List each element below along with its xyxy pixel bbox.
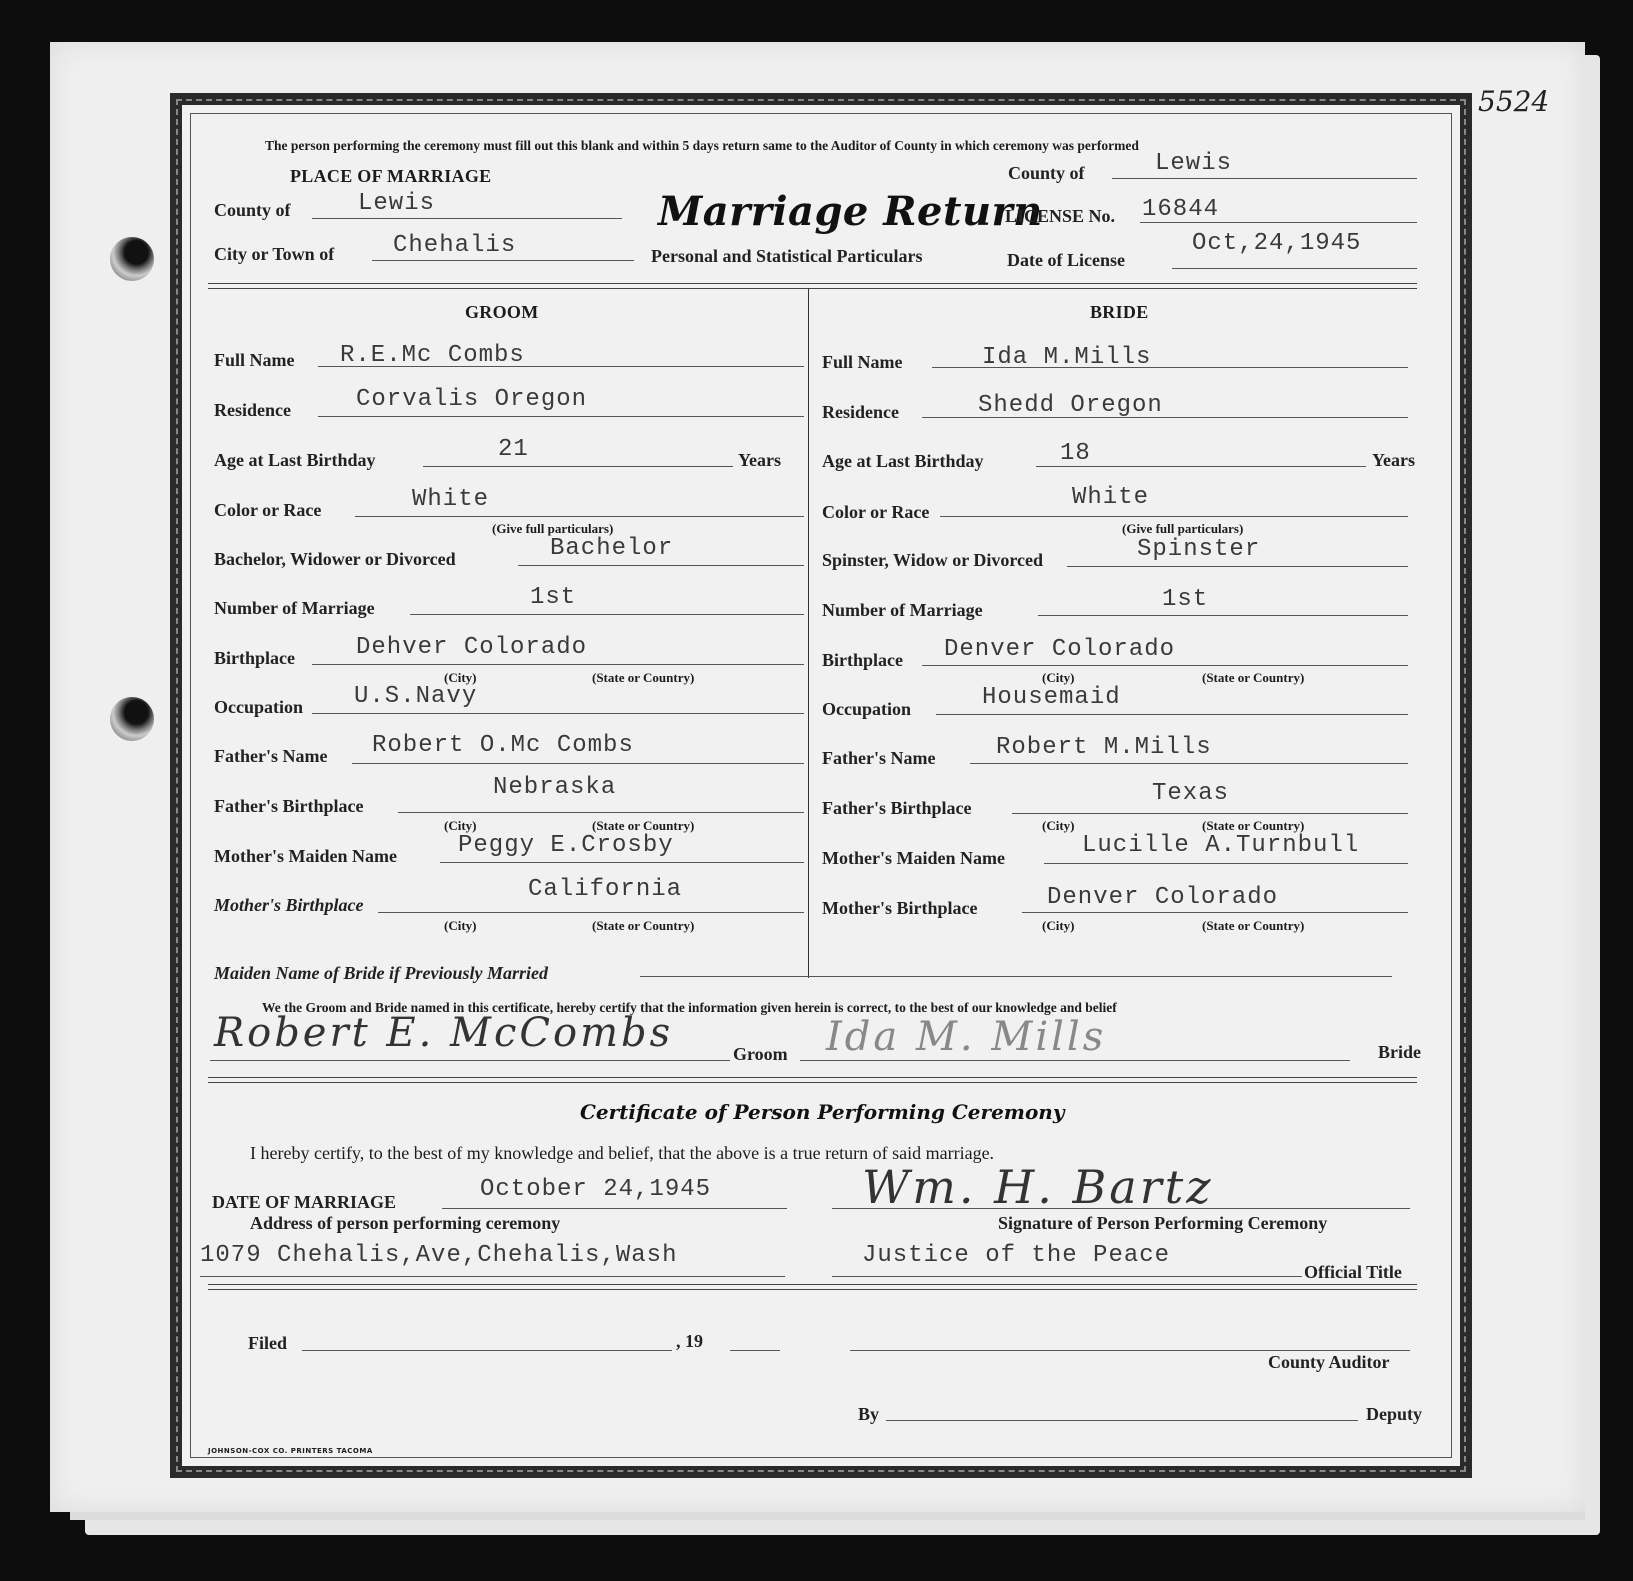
groom-mother-birthplace[interactable]: California [528,876,682,903]
groom-mother-birthplace-underline [378,912,804,913]
officiant-address-label: Address of person performing ceremony [250,1213,560,1234]
county-underline [312,218,622,219]
groom-number-underline [410,614,804,615]
bride-mother-maiden[interactable]: Lucille A.Turnbull [1082,832,1359,859]
license-date-value[interactable]: Oct,24,1945 [1192,230,1361,257]
county-label: County of [214,200,291,221]
license-date-underline [1172,268,1417,269]
officiant-address-value[interactable]: 1079 Chehalis,Ave,Chehalis,Wash [200,1242,677,1269]
groom-age-label: Age at Last Birthday [214,450,376,471]
bride-race-label: Color or Race [822,502,929,523]
instruction-text: The person performing the ceremony must … [265,138,1139,154]
groom-mother-city-note: (City) [444,918,477,934]
license-number-label: LICENSE No. [1005,206,1115,227]
groom-occupation-label: Occupation [214,697,303,718]
groom-mother-maiden-label: Mother's Maiden Name [214,846,397,867]
groom-father-birthplace-underline [398,812,804,813]
groom-full-name[interactable]: R.E.Mc Combs [340,342,525,369]
by-label: By [858,1404,879,1425]
groom-status[interactable]: Bachelor [550,535,673,562]
groom-age-underline [423,466,733,467]
groom-residence-label: Residence [214,400,291,421]
maiden-previous-label: Maiden Name of Bride if Previously Marri… [214,963,548,984]
bride-age-label: Age at Last Birthday [822,451,984,472]
place-of-marriage-heading: PLACE OF MARRIAGE [290,166,491,187]
officiant-heading: Certificate of Person Performing Ceremon… [580,1100,1064,1124]
groom-birthplace[interactable]: Dehver Colorado [356,634,587,661]
officiant-address-underline [200,1276,785,1277]
groom-father-name[interactable]: Robert O.Mc Combs [372,732,634,759]
punch-hole-icon [110,237,154,281]
bride-mother-city-note: (City) [1042,918,1075,934]
bride-mother-birthplace[interactable]: Denver Colorado [1047,884,1278,911]
groom-occupation-underline [312,713,804,714]
punch-hole-icon [110,697,154,741]
bride-occupation[interactable]: Housemaid [982,684,1121,711]
groom-age[interactable]: 21 [498,436,529,463]
bride-particulars-note: (Give full particulars) [1122,521,1243,537]
deputy-underline [886,1420,1358,1421]
bride-father-birthplace[interactable]: Texas [1152,780,1229,807]
groom-race[interactable]: White [412,486,489,513]
license-county-value[interactable]: Lewis [1155,150,1232,177]
auditor-underline [850,1350,1410,1351]
groom-number[interactable]: 1st [530,584,576,611]
marriage-date-label: DATE OF MARRIAGE [212,1192,396,1213]
bride-status-label: Spinster, Widow or Divorced [822,550,1043,571]
bride-birthplace-underline [922,665,1408,666]
bride-race[interactable]: White [1072,484,1149,511]
official-title-value[interactable]: Justice of the Peace [862,1242,1170,1269]
groom-signature-label: Groom [733,1044,788,1065]
bride-number-label: Number of Marriage [822,600,983,621]
bride-number-underline [1038,615,1408,616]
groom-heading: GROOM [465,302,539,323]
groom-full-name-label: Full Name [214,350,295,371]
bride-father-name-underline [970,763,1408,764]
groom-signature[interactable]: Robert E. McCombs [214,1010,673,1056]
official-title-underline [832,1276,1302,1277]
license-date-label: Date of License [1007,250,1125,271]
document-title: Marriage Return [658,188,1043,235]
groom-residence[interactable]: Corvalis Oregon [356,386,587,413]
bride-mother-maiden-label: Mother's Maiden Name [822,848,1005,869]
groom-mother-maiden[interactable]: Peggy E.Crosby [458,832,674,859]
groom-mother-state-note: (State or Country) [592,918,694,934]
city-value[interactable]: Chehalis [393,232,516,259]
officiant-divider [208,1284,1417,1290]
groom-father-birthplace[interactable]: Nebraska [493,774,616,801]
bride-residence[interactable]: Shedd Oregon [978,392,1163,419]
bride-father-birthplace-label: Father's Birthplace [822,798,971,819]
groom-status-underline [518,565,804,566]
officiant-signature-underline [832,1208,1410,1209]
document-subtitle: Personal and Statistical Particulars [651,246,922,267]
groom-race-underline [355,516,804,517]
groom-father-birthplace-label: Father's Birthplace [214,796,363,817]
maiden-previous-underline [640,976,1392,977]
groom-race-label: Color or Race [214,500,321,521]
city-underline [372,260,634,261]
bride-father-name[interactable]: Robert M.Mills [996,734,1212,761]
filed-year-underline [730,1350,780,1351]
bride-occupation-label: Occupation [822,699,911,720]
city-label: City or Town of [214,244,334,265]
bride-number[interactable]: 1st [1162,586,1208,613]
bride-father-city-note: (City) [1042,818,1075,834]
bride-birthplace-state-note: (State or Country) [1202,670,1304,686]
bride-full-name-label: Full Name [822,352,903,373]
groom-mother-maiden-underline [440,862,804,863]
bride-mother-birthplace-underline [1022,912,1408,913]
officiant-signature[interactable]: Wm. H. Bartz [862,1160,1213,1214]
header-divider [208,283,1417,289]
bride-father-birthplace-underline [1012,813,1408,814]
groom-number-label: Number of Marriage [214,598,375,619]
groom-birthplace-underline [312,664,804,665]
filed-year-prefix: , 19 [676,1331,703,1352]
bride-signature[interactable]: Ida M. Mills [826,1014,1106,1060]
bride-age[interactable]: 18 [1060,440,1091,467]
groom-father-name-underline [352,763,804,764]
bride-birthplace-label: Birthplace [822,650,903,671]
filed-label: Filed [248,1333,287,1354]
bride-birthplace[interactable]: Denver Colorado [944,636,1175,663]
officiant-signature-label: Signature of Person Performing Ceremony [998,1213,1327,1234]
groom-birthplace-state-note: (State or Country) [592,670,694,686]
bride-occupation-underline [936,714,1408,715]
groom-status-label: Bachelor, Widower or Divorced [214,549,456,570]
license-county-underline [1112,178,1417,179]
groom-years-label: Years [738,450,781,471]
groom-mother-birthplace-label: Mother's Birthplace [214,895,364,916]
county-auditor-label: County Auditor [1268,1352,1390,1373]
bride-status-underline [1067,566,1408,567]
license-county-label: County of [1008,163,1085,184]
license-number-value[interactable]: 16844 [1142,196,1219,223]
groom-residence-underline [318,416,804,417]
groom-birthplace-label: Birthplace [214,648,295,669]
deputy-label: Deputy [1366,1404,1422,1425]
certification-divider [208,1077,1417,1083]
filed-date-underline [302,1350,672,1351]
bride-signature-underline [800,1060,1350,1061]
ornamental-border [170,93,1472,1478]
bride-mother-birthplace-label: Mother's Birthplace [822,898,977,919]
column-divider [808,288,809,978]
groom-occupation[interactable]: U.S.Navy [354,683,477,710]
bride-residence-label: Residence [822,402,899,423]
bride-race-underline [940,516,1408,517]
groom-signature-underline [210,1060,730,1061]
bride-full-name[interactable]: Ida M.Mills [982,344,1151,371]
bride-status[interactable]: Spinster [1137,536,1260,563]
bride-mother-state-note: (State or Country) [1202,918,1304,934]
bride-father-name-label: Father's Name [822,748,935,769]
record-number: 5524 [1478,85,1549,118]
bride-signature-label: Bride [1378,1042,1421,1063]
marriage-date-underline [442,1208,787,1209]
bride-heading: BRIDE [1090,302,1149,323]
bride-years-label: Years [1372,450,1415,471]
printer-mark: JOHNSON-COX CO. PRINTERS TACOMA [208,1447,373,1455]
bride-mother-maiden-underline [1044,863,1408,864]
marriage-date-value[interactable]: October 24,1945 [480,1176,711,1203]
county-value[interactable]: Lewis [358,190,435,217]
official-title-label: Official Title [1304,1262,1402,1283]
groom-father-name-label: Father's Name [214,746,327,767]
